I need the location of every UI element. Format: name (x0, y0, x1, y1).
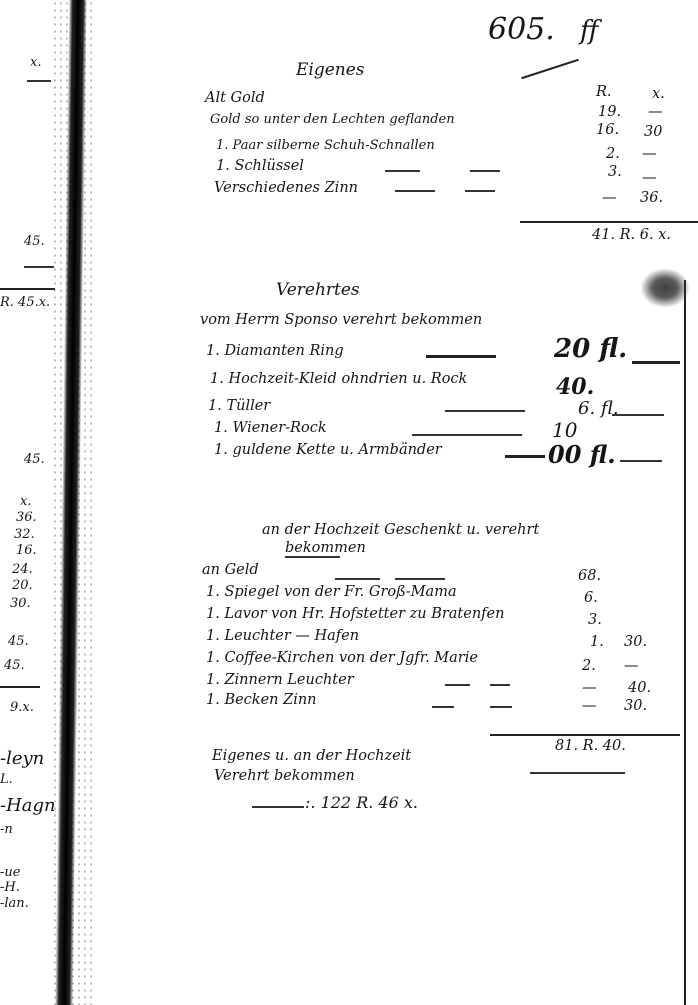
margin-total: 9.x. (10, 700, 34, 715)
leader-dash (395, 190, 435, 192)
item-value: 40. (556, 374, 594, 400)
leader-dash (470, 170, 500, 172)
right-page-edge (684, 280, 686, 1005)
item-value: 6. fl. (578, 398, 619, 419)
margin-value: 20. (12, 578, 33, 593)
item-text: 1. Schlüssel (216, 158, 304, 174)
column-header-kreuzer: x. (652, 86, 665, 102)
margin-rule (0, 686, 40, 688)
item-text: 1. Zinnern Leuchter (206, 672, 354, 688)
leader-dash (445, 410, 525, 412)
item-text: Alt Gold (205, 90, 265, 106)
section-heading: an der Hochzeit Geschenkt u. verehrt (262, 522, 539, 538)
leader-dash (385, 170, 420, 172)
section-heading: Verehrtes (276, 280, 360, 300)
margin-dash (24, 266, 54, 268)
item-text: Gold so unter den Lechten geflanden (210, 112, 455, 127)
item-rthlr: 1. (590, 634, 604, 650)
leader-dash (612, 414, 664, 416)
item-kreuzer: 30. (624, 698, 647, 714)
margin-dash (27, 80, 51, 82)
item-rthlr: 68. (578, 568, 601, 584)
total-rule (520, 221, 698, 223)
leader-dash (432, 706, 454, 708)
leader-dash (412, 434, 522, 436)
item-text: 1. Hochzeit-Kleid ohndrien u. Rock (210, 371, 467, 387)
section-total: 81. R. 40. (555, 738, 626, 754)
margin-value: 45. (4, 658, 25, 673)
item-kreuzer: — (642, 146, 657, 162)
margin-fragment: -Hagn (0, 795, 56, 816)
leader-dash (632, 361, 680, 364)
item-rthlr: 2. (582, 658, 596, 674)
item-text: 1. Lavor von Hr. Hofstetter zu Bratenfen (206, 606, 504, 622)
summary-line-2: Verehrt bekommen (214, 768, 355, 784)
section-heading-cont: bekommen (285, 540, 366, 556)
item-kreuzer: 36. (640, 190, 663, 206)
margin-fragment: -leyn (0, 748, 44, 769)
item-text: Verschiedenes Zinn (214, 180, 358, 196)
heading-underline (285, 556, 340, 558)
folio-number: 605. (488, 12, 555, 47)
item-rthlr: — (602, 190, 617, 206)
margin-fragment: L. (0, 772, 13, 787)
item-value: 20 fl. (554, 334, 627, 364)
margin-fragment: -ue (0, 865, 20, 880)
summary-line-1: Eigenes u. an der Hochzeit (212, 748, 411, 764)
item-text: 1. Tüller (208, 398, 270, 414)
margin-fragment: -H. (0, 880, 20, 895)
section-heading: Eigenes (296, 60, 365, 80)
section-subheading: vom Herrn Sponso verehrt bekommen (200, 312, 482, 328)
item-rthlr: 2. (606, 146, 620, 162)
item-text: 1. Wiener-Rock (214, 420, 327, 436)
item-kreuzer: 40. (628, 680, 651, 696)
item-text: 1. Leuchter — Hafen (206, 628, 359, 644)
item-text: an Geld (202, 562, 259, 578)
margin-value: 24. (12, 562, 33, 577)
summary-leader (252, 806, 304, 808)
margin-rule (0, 288, 55, 290)
item-rthlr: — (582, 680, 597, 696)
leader-dash (445, 684, 470, 686)
leader-dash (620, 460, 662, 462)
section-total: 41. R. 6. x. (592, 227, 671, 243)
item-text: 1. Spiegel von der Fr. Groß-Mama (206, 584, 457, 600)
leader-dash (490, 684, 510, 686)
item-text: 1. Diamanten Ring (206, 343, 344, 359)
margin-value: x. (20, 494, 31, 509)
folio-flourish (521, 59, 579, 79)
item-rthlr: 3. (608, 164, 622, 180)
item-kreuzer: 30 (644, 124, 662, 140)
item-kreuzer: 30. (624, 634, 647, 650)
margin-value: 45. (8, 634, 29, 649)
leader-dash (395, 578, 445, 580)
document-page: 605. ff x. 45. R. 45.x. 45. x. 36. 32. 1… (0, 0, 698, 1005)
item-text: 1. Coffee-Kirchen von der Jgfr. Marie (206, 650, 478, 666)
grand-total: :. 122 R. 46 x. (305, 793, 418, 812)
item-rthlr: 6. (584, 590, 598, 606)
margin-total: R. 45.x. (0, 295, 50, 310)
folio-mark: ff (580, 16, 598, 46)
margin-fragment: -n (0, 822, 13, 837)
leader-dash (335, 578, 380, 580)
ink-smudge (640, 268, 690, 308)
margin-value: 32. (14, 527, 35, 542)
margin-subtotal: 45. (24, 452, 45, 467)
total-rule (490, 734, 680, 736)
item-value: 00 fl. (548, 440, 616, 469)
margin-value: 30. (10, 596, 31, 611)
item-rthlr: 19. (598, 104, 621, 120)
item-text: 1. Paar silberne Schuh-Schnallen (216, 138, 435, 153)
margin-mark: x. (30, 55, 41, 70)
leader-dash (426, 355, 496, 358)
item-value: 10 (552, 418, 577, 442)
column-header-rthlr: R. (596, 84, 612, 100)
leader-dash (490, 706, 512, 708)
item-kreuzer: — (648, 104, 663, 120)
item-kreuzer: — (624, 658, 639, 674)
item-kreuzer: — (642, 170, 657, 186)
item-rthlr: 3. (588, 612, 602, 628)
margin-subtotal: 45. (24, 234, 45, 249)
item-rthlr: — (582, 698, 597, 714)
margin-fragment: -lan. (0, 896, 29, 911)
summary-dash (530, 772, 625, 774)
item-text: 1. guldene Kette u. Armbänder (214, 442, 442, 458)
leader-dash (505, 455, 545, 458)
margin-value: 36. (16, 510, 37, 525)
item-rthlr: 16. (596, 122, 619, 138)
leader-dash (465, 190, 495, 192)
margin-value: 16. (16, 543, 37, 558)
item-text: 1. Becken Zinn (206, 692, 317, 708)
